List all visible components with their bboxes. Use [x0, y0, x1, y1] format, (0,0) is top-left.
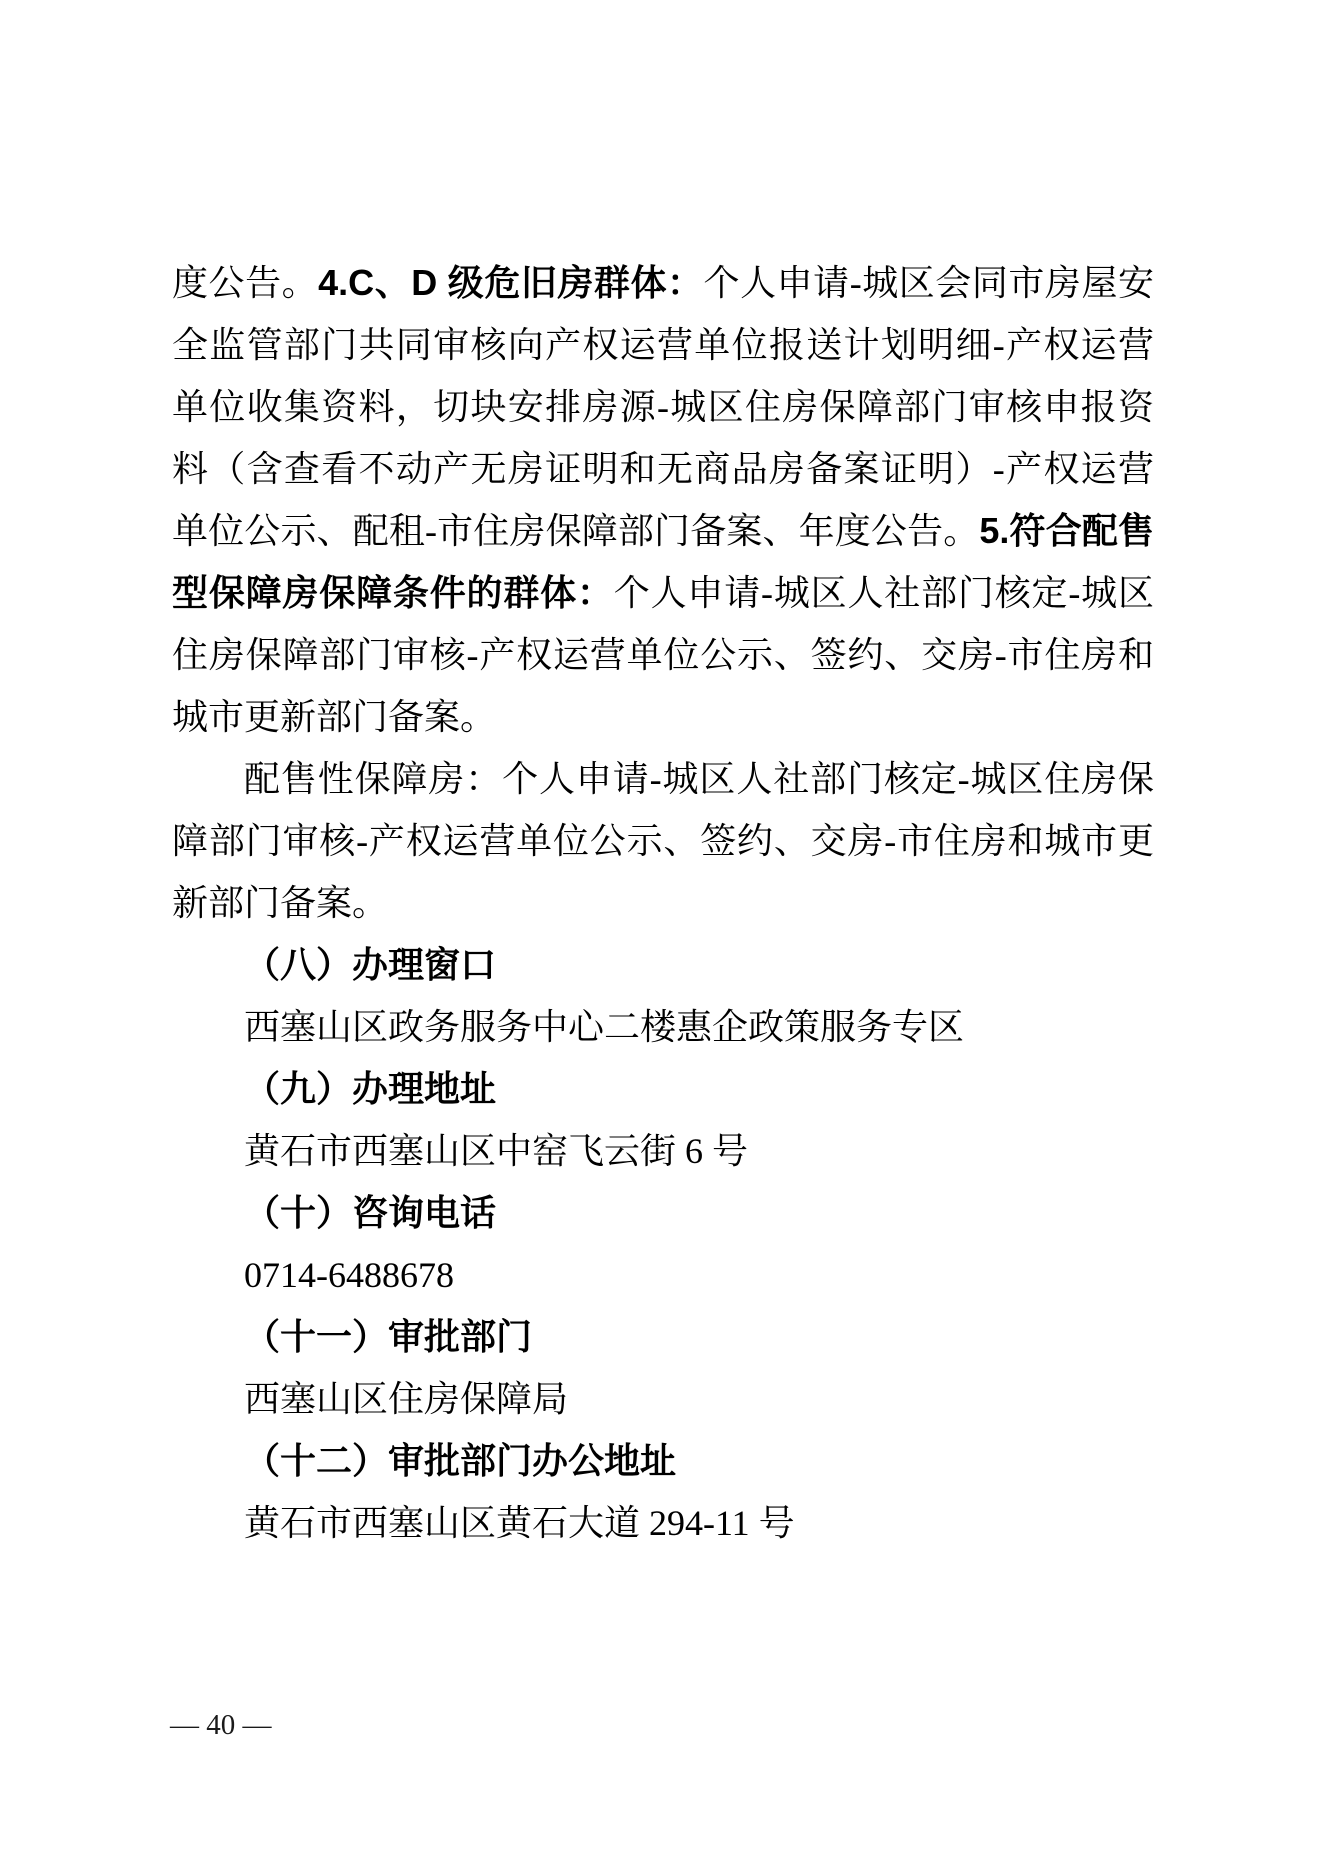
body-text-run: 西塞山区政务服务中心二楼惠企政策服务专区: [244, 1007, 964, 1047]
page-number-text: — 40 —: [170, 1709, 272, 1741]
page-number: — 40 —: [170, 1705, 272, 1745]
document-text-block: 度公告。4.C、D 级危旧房群体：个人申请-城区会同市房屋安全监管部门共同审核向…: [172, 252, 1154, 1554]
paragraph-phone-number: 0714-6488678: [172, 1244, 1154, 1306]
heading-text: （十一）审批部门: [244, 1316, 532, 1357]
body-text-run: 度公告。: [172, 263, 318, 303]
heading-text: （十二）审批部门办公地址: [244, 1440, 676, 1481]
body-text-run: 黄石市西塞山区黄石大道 294-11 号: [244, 1503, 795, 1543]
heading-text: （十）咨询电话: [244, 1192, 496, 1233]
paragraph-service-address: 黄石市西塞山区中窑飞云街 6 号: [172, 1120, 1154, 1182]
section-heading-9-service-address: （九）办理地址: [172, 1058, 1154, 1120]
section-heading-10-consultation-phone: （十）咨询电话: [172, 1182, 1154, 1244]
body-text-run: 黄石市西塞山区中窑飞云街 6 号: [244, 1131, 748, 1171]
body-text-run: 西塞山区住房保障局: [244, 1379, 568, 1419]
paragraph-approval-department-address: 黄石市西塞山区黄石大道 294-11 号: [172, 1492, 1154, 1554]
paragraph-service-window-location: 西塞山区政务服务中心二楼惠企政策服务专区: [172, 996, 1154, 1058]
heading-text: （九）办理地址: [244, 1068, 496, 1109]
section-heading-11-approval-department: （十一）审批部门: [172, 1306, 1154, 1368]
paragraph-continued-from-previous-page: 度公告。4.C、D 级危旧房群体：个人申请-城区会同市房屋安全监管部门共同审核向…: [172, 252, 1154, 748]
body-text-run: 配售性保障房：个人申请-城区人社部门核定-城区住房保障部门审核-产权运营单位公示…: [172, 759, 1154, 923]
paragraph-approval-department: 西塞山区住房保障局: [172, 1368, 1154, 1430]
emphasis-run-group-4-cd-dangerous-housing: 4.C、D 级危旧房群体：: [318, 262, 703, 303]
heading-text: （八）办理窗口: [244, 944, 496, 985]
body-text-run: 个人申请-城区会同市房屋安全监管部门共同审核向产权运营单位报送计划明细-产权运营…: [172, 263, 1154, 551]
section-heading-12-approval-department-address: （十二）审批部门办公地址: [172, 1430, 1154, 1492]
phone-number-text: 0714-6488678: [244, 1255, 454, 1295]
section-heading-8-service-window: （八）办理窗口: [172, 934, 1154, 996]
paragraph-sale-type-housing-flow: 配售性保障房：个人申请-城区人社部门核定-城区住房保障部门审核-产权运营单位公示…: [172, 748, 1154, 934]
